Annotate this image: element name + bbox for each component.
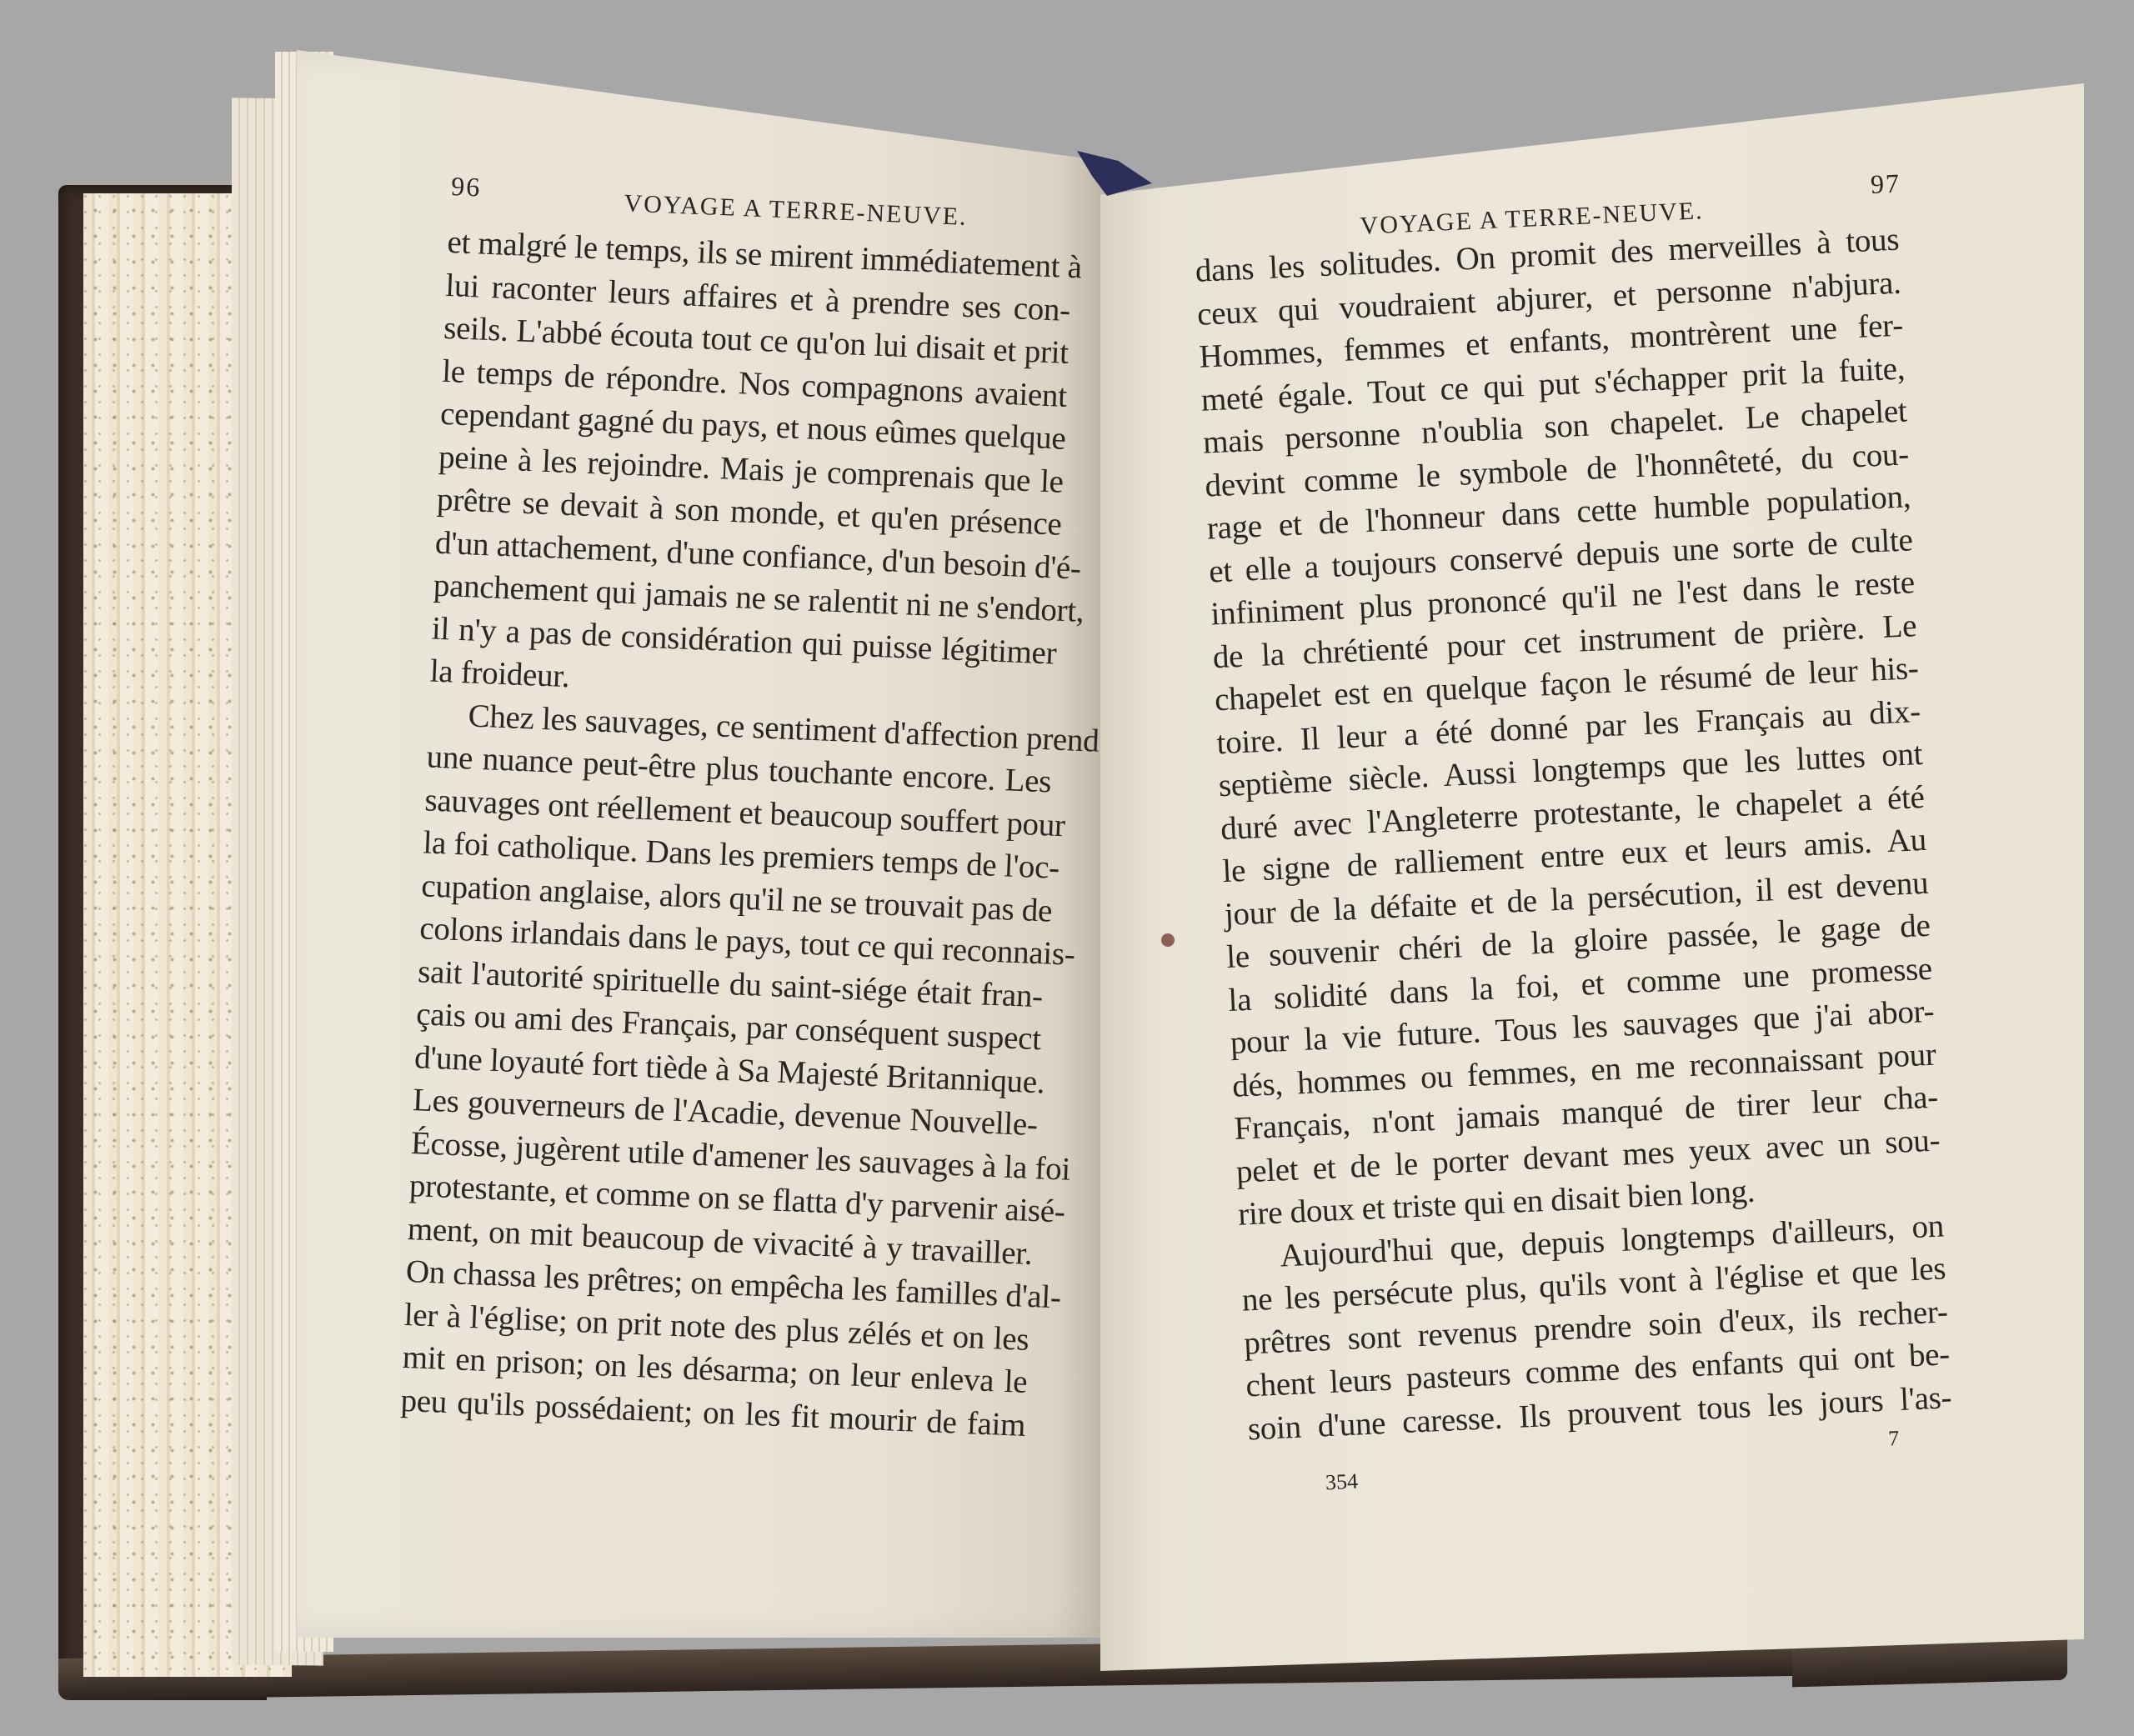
open-book-photo: 96 VOYAGE A TERRE-NEUVE. et malgré le te…	[0, 0, 2134, 1736]
running-title: VOYAGE A TERRE-NEUVE.	[624, 189, 968, 232]
right-page-text: VOYAGE A TERRE-NEUVE. 97 dans les solitu…	[1192, 168, 1959, 1505]
page-number: 97	[1870, 168, 1901, 200]
gathering-mark: 7	[1888, 1426, 1900, 1452]
page-number: 96	[451, 171, 482, 203]
signature-code: 354	[1325, 1469, 1358, 1496]
left-page-text: 96 VOYAGE A TERRE-NEUVE. et malgré le te…	[400, 171, 1084, 1447]
foxing-spot	[1161, 933, 1175, 947]
